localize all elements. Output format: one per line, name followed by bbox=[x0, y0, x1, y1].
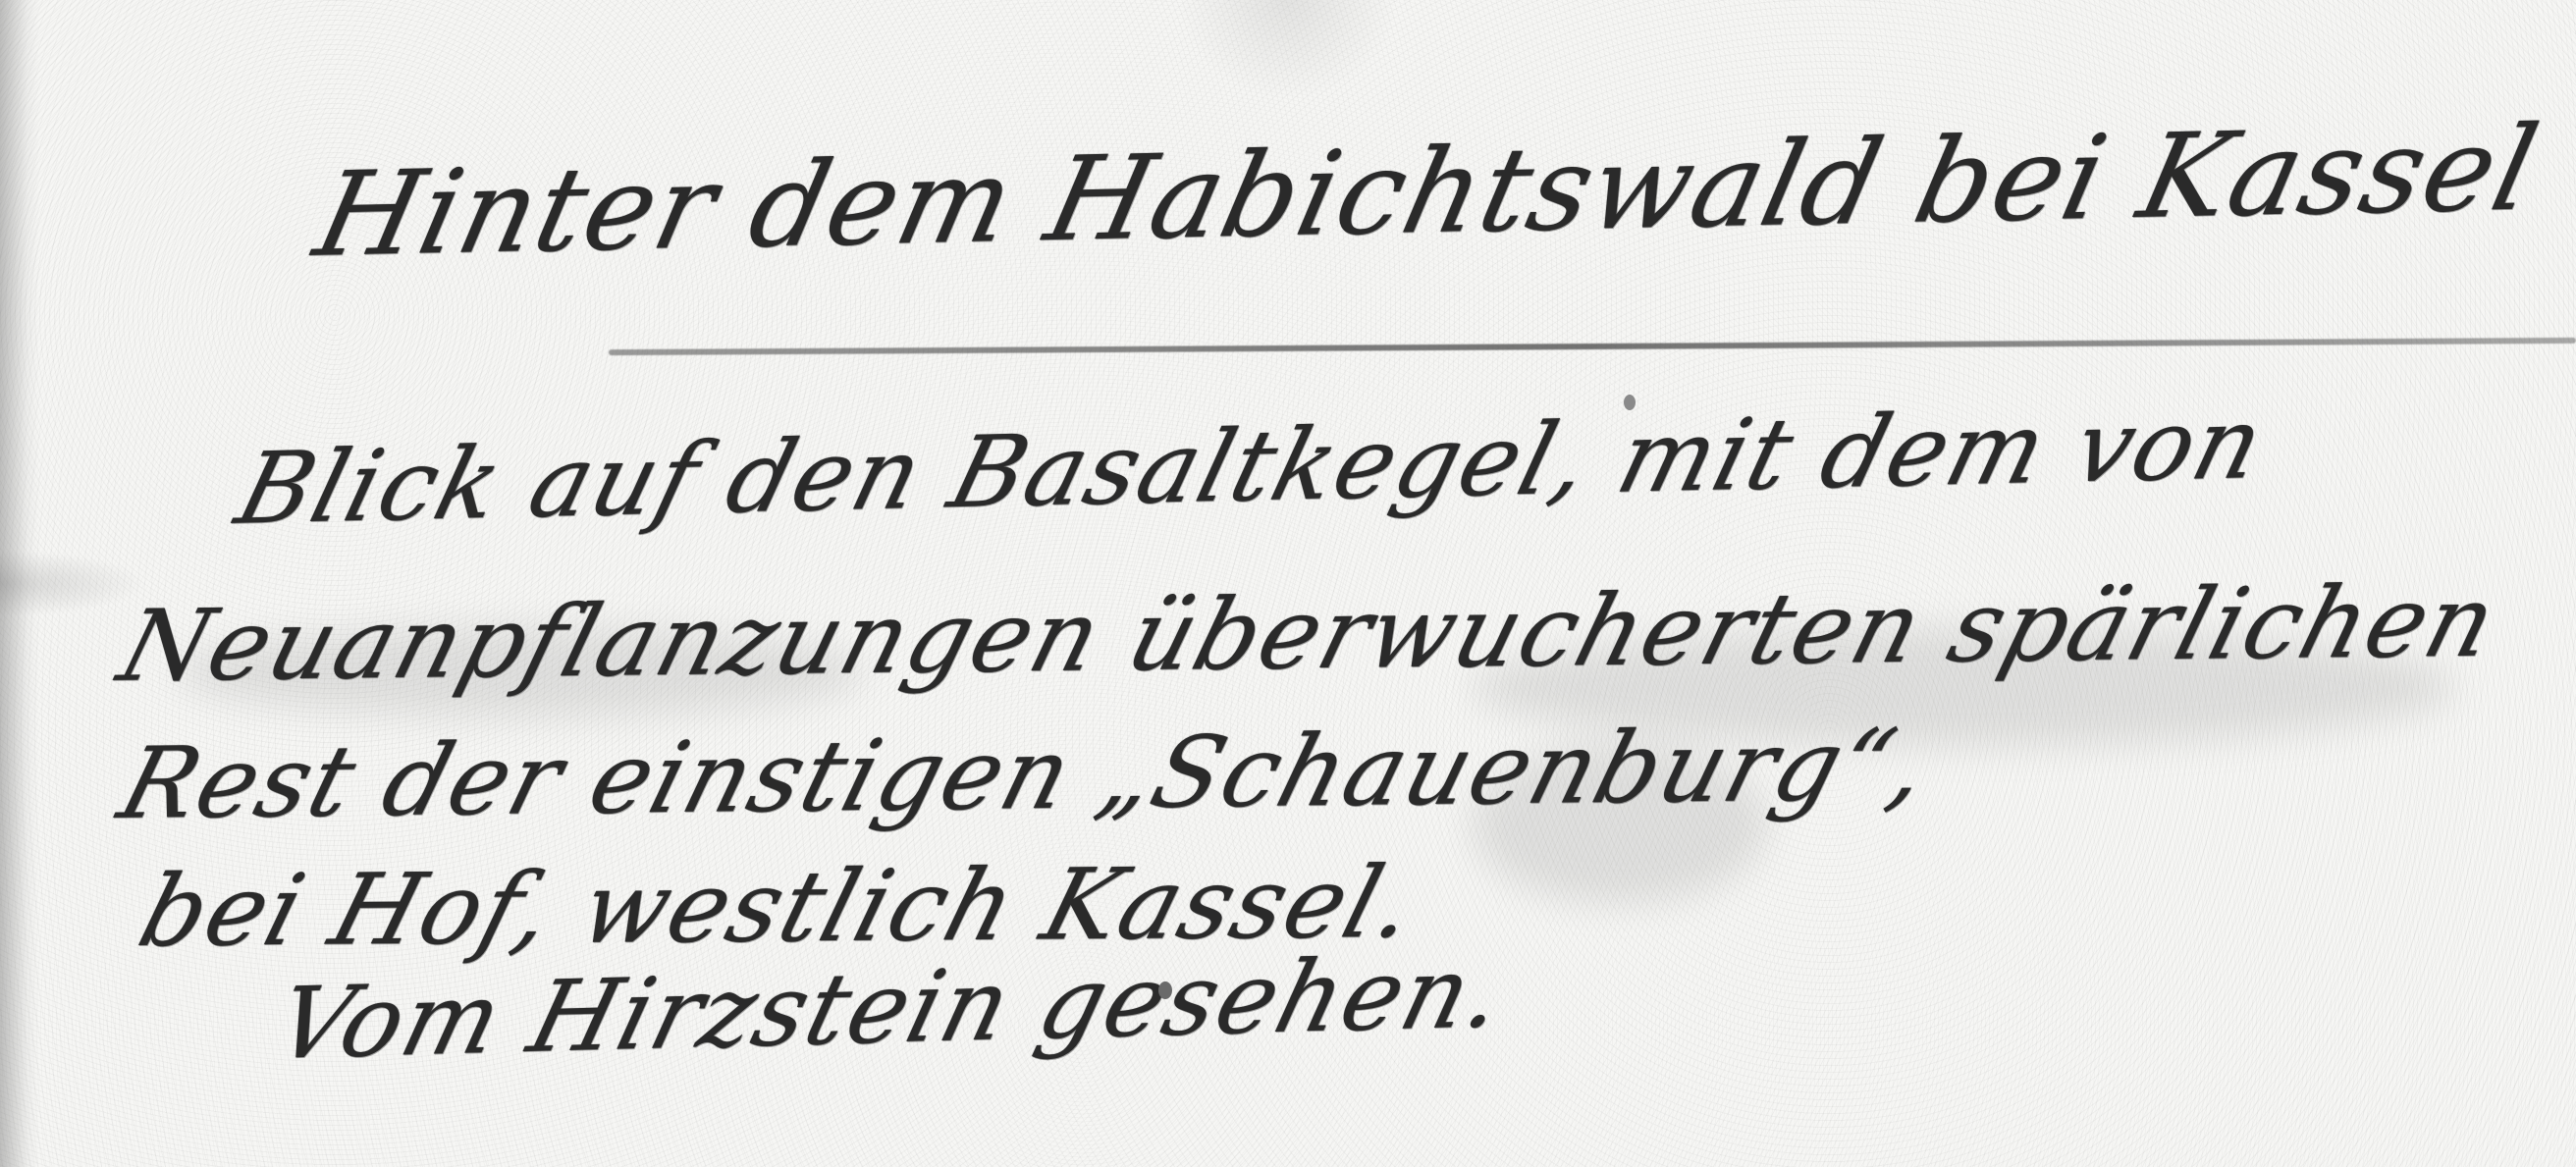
paper-spot bbox=[1624, 395, 1636, 410]
text-line-3: Rest der einstigen „Schauenburg“, bbox=[108, 707, 1943, 841]
paper-left-edge-shadow bbox=[0, 0, 39, 1167]
paper-spot bbox=[1158, 981, 1172, 999]
